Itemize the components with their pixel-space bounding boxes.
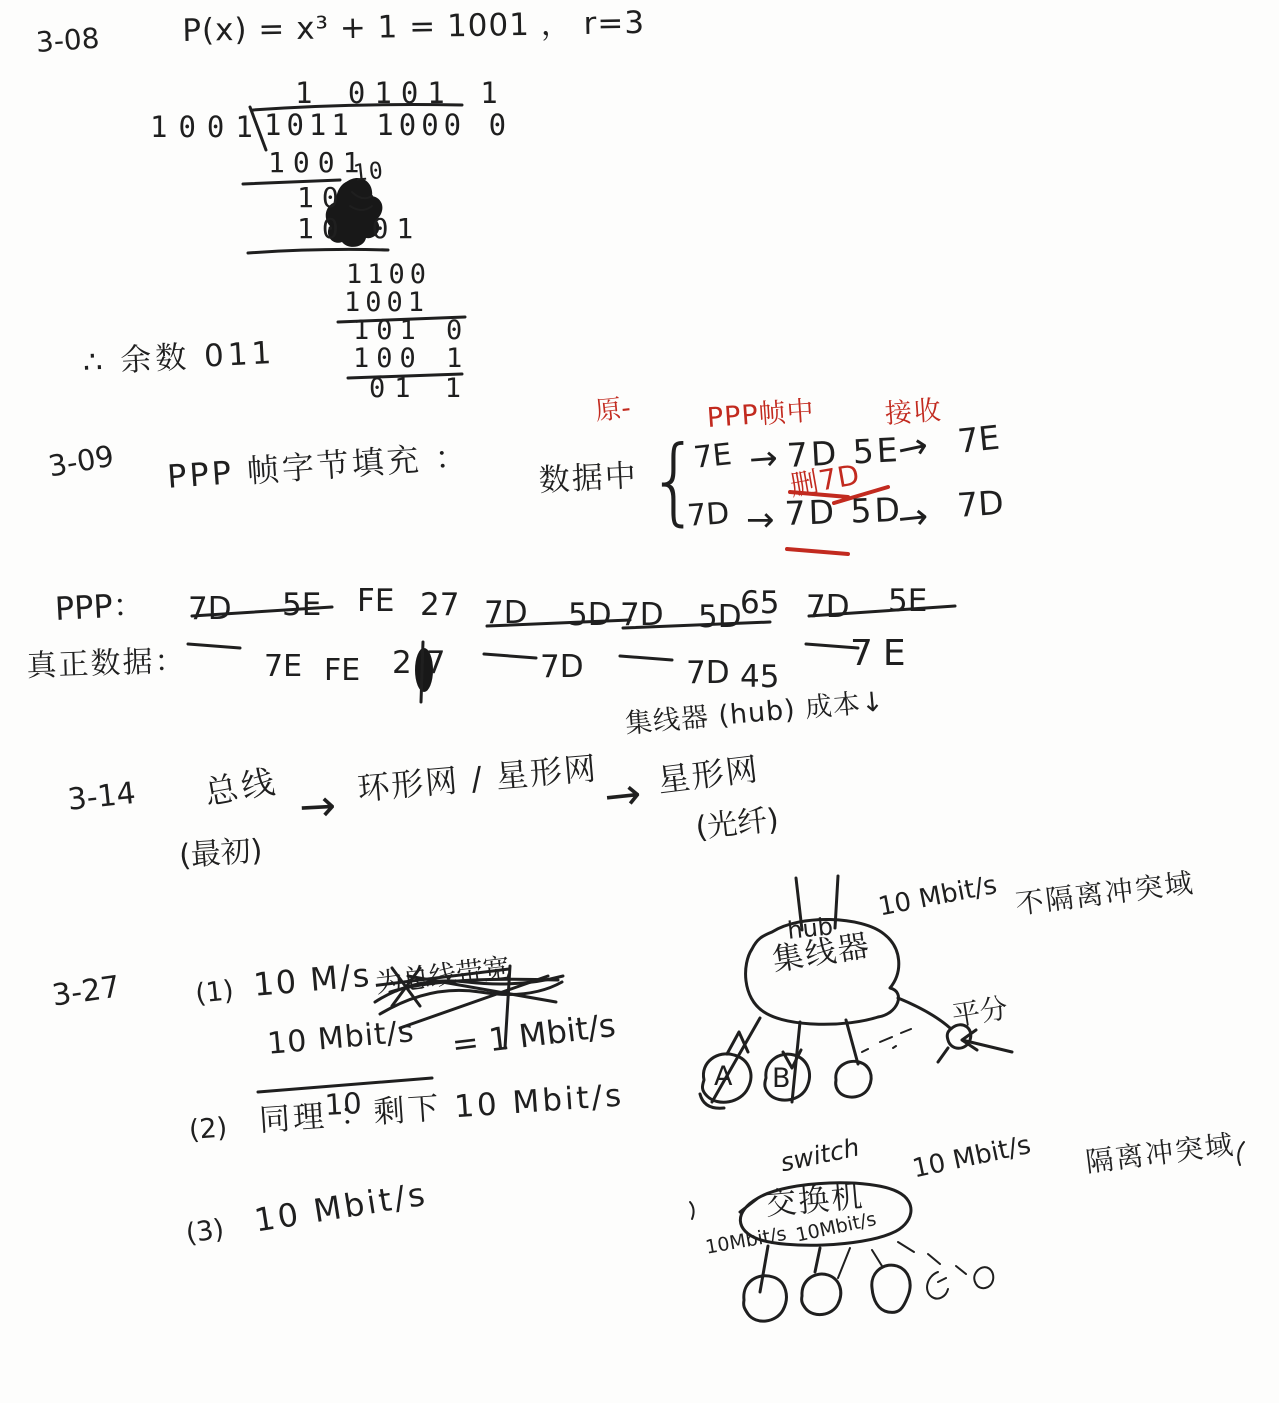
stuffing-row2-source: 7D (686, 497, 730, 533)
division-dividend: 1011 1000 0 (264, 110, 511, 142)
part2-number: (2) (188, 1113, 228, 1145)
share-arrow (962, 1030, 1012, 1052)
switch-bandwidth-label: 10 Mbit/s (910, 1131, 1033, 1184)
topology-bus: 总线 (202, 763, 281, 812)
column-label-ppp-frame: PPP帧中 (706, 396, 816, 433)
host-circle-1 (744, 1276, 787, 1321)
stray-comma (690, 1202, 694, 1219)
hub-link-node (898, 998, 950, 1028)
ppp-subtitle: 数据中 (538, 459, 639, 498)
stuffing-row1-stuffed: 7D 5E (786, 432, 901, 474)
data-byte: FE (324, 654, 360, 687)
division-divisor: 1001 (150, 112, 264, 144)
part1-bandwidth: 10 M/s (252, 958, 373, 1003)
switch-link-1 (760, 1246, 768, 1292)
division-step-2: 10 (297, 183, 347, 214)
division-step-3: 10 01 (297, 214, 421, 245)
division-step-6: 101 0 (353, 316, 469, 346)
stuffing-row1-source: 7E (692, 438, 733, 475)
up-arrowhead (727, 1032, 748, 1054)
hub-diagram-shapes (700, 876, 1012, 1108)
node-c-circle (836, 1061, 871, 1097)
data-byte: 45 (740, 660, 779, 694)
switch-port1-label: 10Mbit/s (704, 1224, 788, 1259)
part1-number: (1) (194, 976, 235, 1010)
ppp-stream-label: PPP： (54, 587, 146, 627)
switch-label-en: switch (778, 1133, 862, 1176)
host-circle-2 (802, 1274, 841, 1315)
topology-bus-note: (最初) (178, 834, 264, 873)
division-step-7: 100 1 (353, 344, 469, 374)
problem-314-label: 3-14 (66, 777, 137, 817)
division-step-4: 1100 (346, 260, 431, 290)
switch-collision-note: 隔离冲突域 (1084, 1130, 1237, 1179)
stream-byte: 7D (188, 592, 232, 626)
problem-308-label: 3-08 (35, 24, 101, 59)
stuffing-row1-received: 7E (956, 420, 1001, 460)
division-quotient: 1 0101 1 (295, 78, 507, 110)
part1-result: = 1 Mbit/s (450, 1008, 617, 1063)
stream-byte: 65 (740, 586, 779, 620)
stuffing-row2-received: 7D (956, 485, 1005, 524)
topology-arrow-2: → (602, 770, 644, 822)
column-label-receive: 接收 (884, 396, 944, 430)
host-arc-4 (927, 1272, 948, 1299)
data-byte: 27 (392, 646, 459, 680)
notebook-page: 3-08 P(x) = x³ + 1 = 1001 ， r=3 1 0101 1… (0, 0, 1279, 1403)
hub-share-label: 平分 (950, 993, 1010, 1032)
stream-byte: 5D (568, 598, 612, 632)
hub-link-b (792, 1022, 800, 1102)
stream-byte: 7D (620, 598, 664, 632)
data-byte: 7D (540, 650, 584, 684)
fraction-numerator: 10 Mbit/s (266, 1015, 416, 1061)
stream-byte: 5E (282, 588, 321, 622)
part3-number: (3) (184, 1215, 226, 1250)
hub-collision-note: 不隔离冲突域 (1014, 868, 1196, 921)
switch-link-2 (815, 1248, 820, 1272)
host-circle-5 (974, 1267, 993, 1288)
real-data-label: 真正数据： (26, 644, 187, 683)
division-step-5: 1001 (344, 288, 429, 318)
stream-byte: 5D (698, 600, 742, 634)
scratched-text: 为总线带宽 (374, 954, 512, 1000)
problem-327-label: 3-27 (50, 971, 122, 1013)
hub-cost-note: 集线器 (hub) 成本↓ (624, 687, 886, 739)
hub-label-cn: 集线器 (770, 929, 873, 978)
topology-star: 星形网 (656, 752, 762, 799)
stuffing-row2-arrow2: → (896, 497, 930, 540)
column-label-original: 原- (594, 394, 632, 426)
topology-arrow-1: → (298, 782, 337, 832)
stream-byte: 7D (806, 590, 850, 624)
part2-answer: 同理 ：剩下 10 Mbit/s (258, 1078, 625, 1138)
stray-paren (1238, 1142, 1244, 1165)
remainder-conclusion: ∴ 余数 011 (82, 336, 276, 380)
stream-byte: 7D (484, 596, 528, 630)
ink-strokes-layer (0, 0, 1279, 1403)
hub-bandwidth-label: 10 Mbit/s (876, 871, 999, 922)
stuffing-row2-arrow1: → (746, 502, 775, 539)
division-remainder: 01 1 (369, 374, 470, 404)
data-byte: 7E (850, 634, 916, 674)
topology-star-note: (光纤) (694, 803, 780, 845)
problem-309-label: 3-09 (46, 441, 116, 484)
data-byte: 7D (686, 656, 730, 690)
part3-answer: 10 Mbit/s (252, 1177, 430, 1239)
stream-byte: 27 (420, 588, 459, 622)
ppp-title: PPP 帧字节填充 ： (166, 439, 471, 495)
division-step-2-carry: 10 (352, 159, 386, 187)
stuffing-row2-stuffed: 7D 5D (784, 492, 904, 532)
node-a-label: A (714, 1062, 732, 1092)
fan-dashes (838, 1242, 966, 1282)
hub-link-c (846, 1020, 858, 1064)
topology-ring-star: 环形网 / 星形网 (356, 751, 599, 807)
stream-byte: FE (357, 584, 394, 618)
stream-byte: 5E (888, 584, 927, 618)
data-byte: 7E (264, 650, 302, 683)
stuffing-row1-arrow1: → (748, 440, 779, 479)
host-circle-3 (872, 1265, 910, 1312)
crc-polynomial-formula: P(x) = x³ + 1 = 1001 ， r=3 (182, 6, 645, 48)
node-b-label: B (772, 1064, 791, 1094)
dash-marks (862, 1029, 911, 1052)
